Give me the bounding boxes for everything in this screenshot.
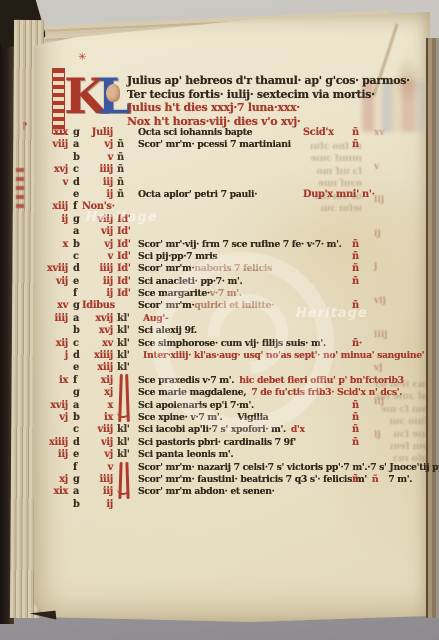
feast-entry-rubric: d'x: [291, 424, 305, 435]
day-count: iij: [82, 486, 113, 498]
day-count: ix: [82, 412, 113, 424]
golden-number: xij: [28, 338, 68, 350]
day-count-suffix: kl': [117, 350, 130, 362]
day-count: iiij: [82, 164, 113, 176]
day-count: x: [82, 400, 113, 412]
day-count: iiij: [82, 474, 113, 486]
feast-entry-black: Octa sci iohannis bapte: [138, 127, 252, 138]
initial-flourish-icon: ✳: [78, 52, 86, 63]
day-count-suffix: kl': [117, 362, 130, 374]
golden-number: iij: [28, 449, 68, 461]
day-count-suffix: ñ: [117, 177, 124, 189]
dominical-letter: c: [73, 164, 79, 176]
calendar-row: b v ñ: [0, 152, 439, 164]
dominical-letter: a: [73, 400, 79, 412]
day-count: xvj: [82, 325, 113, 337]
dominical-letter: f: [73, 288, 77, 300]
feast-entry-rubric: ñ: [372, 474, 378, 485]
golden-number: vj: [28, 412, 68, 424]
day-count: ij: [82, 499, 113, 511]
day-count-suffix: kl': [117, 437, 130, 449]
day-count-suffix: kl': [117, 338, 130, 350]
golden-number: xiij: [28, 201, 68, 213]
day-count: vj: [82, 239, 113, 251]
golden-number: iiij: [28, 313, 68, 325]
feast-entry-black: Scor' mr'm· pcessi 7 martiniani: [138, 139, 291, 150]
dominical-letter: d: [73, 350, 80, 362]
dominical-letter: b: [73, 239, 80, 251]
day-count: v: [82, 462, 113, 474]
dominical-letter: a: [73, 313, 79, 325]
feast-entry: Scor' mr'·vij· frm 7 sce rufine 7 fe· v·…: [138, 239, 356, 251]
golden-number: ij: [28, 214, 68, 226]
day-count: vij: [82, 226, 113, 238]
day-count-suffix: Id': [117, 263, 131, 275]
grade-rubric: Scid'x: [303, 127, 334, 139]
feast-entry: Sci panta leonis m'.: [138, 449, 248, 461]
dominical-letter: g: [73, 387, 80, 399]
kl-ligature-large-2: [116, 462, 132, 499]
dominical-letter: f: [73, 201, 77, 213]
dominical-letter: g: [73, 474, 80, 486]
day-count: vij: [82, 437, 113, 449]
feast-entry-black: Octa aplor' petri 7 pauli·: [138, 189, 257, 200]
grade-rubric: Dup'x mni' n'·: [303, 189, 375, 201]
dominical-letter: b: [73, 152, 80, 164]
dominical-letter: e: [73, 189, 79, 201]
calendar-row: b ij: [0, 499, 439, 511]
calendar-row: v d iij ñ: [0, 177, 439, 189]
feast-entry: [138, 177, 153, 189]
feast-entry-black: Scor' mr'm· faustini· beatricis 7 q3 s'·…: [138, 474, 367, 485]
day-count-suffix: Id': [117, 276, 131, 288]
calendar-row: f v Scor' mr'm· nazarij 7 celsi·7 s' vic…: [0, 462, 439, 474]
golden-number: xv: [28, 300, 68, 312]
calendar-row: xix a iij Scor' mr'm abdon· et senen·: [0, 486, 439, 498]
dominical-letter: e: [73, 276, 79, 288]
day-count: v: [82, 251, 113, 263]
golden-number: xix: [28, 486, 68, 498]
day-count: vj: [82, 139, 113, 151]
margin-rubric-mark: ñ: [352, 127, 359, 139]
dominical-letter: e: [73, 449, 79, 461]
margin-rubric-mark: ñ: [352, 437, 359, 449]
day-count-suffix: Id': [117, 288, 131, 300]
feast-entry: Octa sci iohannis bapte: [138, 127, 267, 139]
day-count-suffix: ñ: [117, 164, 124, 176]
day-count: xj: [82, 387, 113, 399]
feast-entry-black: Sci panta leonis m'.: [138, 449, 233, 460]
day-count-suffix: ñ: [117, 189, 124, 201]
golden-number: x: [28, 239, 68, 251]
header-rubric-2: Nox h't horas·viij· dies v'o xvj·: [127, 115, 300, 128]
feast-entry: [138, 499, 153, 511]
watermark-text: Heritage: [86, 210, 158, 225]
dominical-letter: e: [73, 362, 79, 374]
day-count-suffix: kl': [117, 313, 130, 325]
day-count: Idibus: [82, 300, 113, 312]
dominical-letter: d: [73, 177, 80, 189]
calendar-row: viij a vj ñ Scor' mr'm· pcessi 7 martini…: [0, 139, 439, 151]
day-count: v: [82, 152, 113, 164]
feast-entry: [138, 226, 153, 238]
day-count-suffix: Id': [117, 239, 131, 251]
margin-rubric-mark: ñ: [352, 276, 359, 288]
feast-entry-black: Sci pastoris pbri· cardinalis 7 9f': [138, 437, 296, 448]
day-count-suffix: kl': [117, 449, 130, 461]
calendar-row: xj g iiij Scor' mr'm· faustini· beatrici…: [0, 474, 439, 486]
dominical-letter: c: [73, 424, 79, 436]
golden-number: xiiij: [28, 437, 68, 449]
calendar-row: ij g viij Id': [0, 214, 439, 226]
header-verse-2: Ter tecius fortis· iulij· sextecim via m…: [127, 88, 375, 101]
dominical-letter: d: [73, 437, 80, 449]
watermark-text: Heritage: [296, 306, 368, 321]
calendar-row: xvj c iiij ñ: [0, 164, 439, 176]
dominical-letter: d: [73, 263, 80, 275]
margin-rubric-mark: ñ: [352, 263, 359, 275]
margin-rubric-mark: ñ: [352, 424, 359, 436]
feast-entry: Sci pastoris pbri· cardinalis 7 9f': [138, 437, 311, 449]
header-rubric-1: Julius h't dies xxxj·7 luna·xxx·: [127, 101, 300, 114]
calendar-row: e ij ñ Octa aplor' petri 7 pauli· Dup'x …: [0, 189, 439, 201]
calendar-row: xiij f Non's·: [0, 201, 439, 213]
initial-face-drawing: [106, 84, 120, 102]
day-count: xvij: [82, 313, 113, 325]
dominical-letter: g: [73, 300, 80, 312]
dominical-letter: c: [73, 251, 79, 263]
golden-number: xvij: [28, 400, 68, 412]
feast-entry: [138, 152, 153, 164]
golden-number: xix: [28, 127, 68, 139]
header-verse-1: Julius ap' hebreos d'r thamul· ap' g'cos…: [127, 74, 410, 87]
margin-rubric-mark: ñ: [352, 400, 359, 412]
feast-entry-black: Scor' mr'·vij· frm 7 sce rufine 7 fe· v·…: [138, 239, 341, 250]
day-count-suffix: kl': [117, 424, 130, 436]
day-count: ij: [82, 288, 113, 300]
day-count-suffix: Id': [117, 251, 131, 263]
margin-rubric-mark: ñ: [352, 474, 359, 486]
dominical-letter: f: [73, 462, 77, 474]
dominical-letter: b: [73, 412, 80, 424]
margin-rubric-mark: ñ: [352, 251, 359, 263]
day-count: xiij: [82, 362, 113, 374]
feast-entry-black: Scor' mr'm abdon· et senen·: [138, 486, 275, 497]
margin-rubric-mark: ñ: [352, 239, 359, 251]
golden-number: j: [28, 350, 68, 362]
feast-entry: Scor' mr'm· faustini· beatricis 7 q3 s'·…: [138, 474, 412, 486]
dominical-letter: b: [73, 325, 80, 337]
feast-entry: Octa aplor' petri 7 pauli·: [138, 189, 272, 201]
dominical-letter: b: [73, 499, 80, 511]
binding-clasp-tip: [30, 611, 57, 623]
golden-number: vij: [28, 276, 68, 288]
calendar-row: x b vj Id' Scor' mr'·vij· frm 7 sce rufi…: [0, 239, 439, 251]
dominical-letter: f: [73, 375, 77, 387]
day-count-suffix: kl': [117, 325, 130, 337]
feast-entry: Scor' mr'm· nazarij 7 celsi·7 s' victori…: [138, 462, 439, 474]
feast-entry-extra: 7 m'.: [388, 474, 412, 485]
margin-rubric-mark: ñ: [352, 412, 359, 424]
golden-number: xj: [28, 474, 68, 486]
feast-entry: [138, 362, 153, 374]
day-count: iij: [82, 276, 113, 288]
calendar-row: xix g Julij Octa sci iohannis bapte Scid…: [0, 127, 439, 139]
golden-number: xviij: [28, 263, 68, 275]
golden-number: ix: [28, 375, 68, 387]
day-count: ij: [82, 189, 113, 201]
feast-entry: Scor' mr'm· pcessi 7 martiniani: [138, 139, 306, 151]
golden-number: viij: [28, 139, 68, 151]
calendar-row: iij e vj kl' Sci panta leonis m'.: [0, 449, 439, 461]
day-count-suffix: Id': [117, 226, 131, 238]
calendar-row: a vij Id': [0, 226, 439, 238]
day-count: iij: [82, 177, 113, 189]
kl-ligature-large-1: [116, 374, 132, 422]
margin-rubric-mark: ñ: [352, 139, 359, 151]
day-count: xiiij: [82, 350, 113, 362]
day-count: xv: [82, 338, 113, 350]
golden-number: v: [28, 177, 68, 189]
dominical-letter: a: [73, 139, 79, 151]
dominical-letter: a: [73, 226, 79, 238]
dominical-letter: g: [73, 214, 80, 226]
dominical-letter: g: [73, 127, 80, 139]
day-count: xij: [82, 375, 113, 387]
margin-rubric-mark: ñ·: [352, 338, 362, 350]
day-count: vj: [82, 449, 113, 461]
calendar-row: xiiij d vij kl' Sci pastoris pbri· cardi…: [0, 437, 439, 449]
feast-entry: [138, 164, 153, 176]
feast-entry-black: Scor' mr'm· nazarij 7 celsi·7 s' victori…: [138, 462, 439, 473]
golden-number: xvj: [28, 164, 68, 176]
day-count: iiij: [82, 263, 113, 275]
day-count-suffix: ñ: [117, 152, 124, 164]
day-count: Julij: [82, 127, 113, 139]
dominical-letter: a: [73, 486, 79, 498]
dominical-letter: c: [73, 338, 79, 350]
feast-entry: Scor' mr'm abdon· et senen·: [138, 486, 290, 498]
day-count-suffix: ñ: [117, 139, 124, 151]
day-count: viij: [82, 424, 113, 436]
